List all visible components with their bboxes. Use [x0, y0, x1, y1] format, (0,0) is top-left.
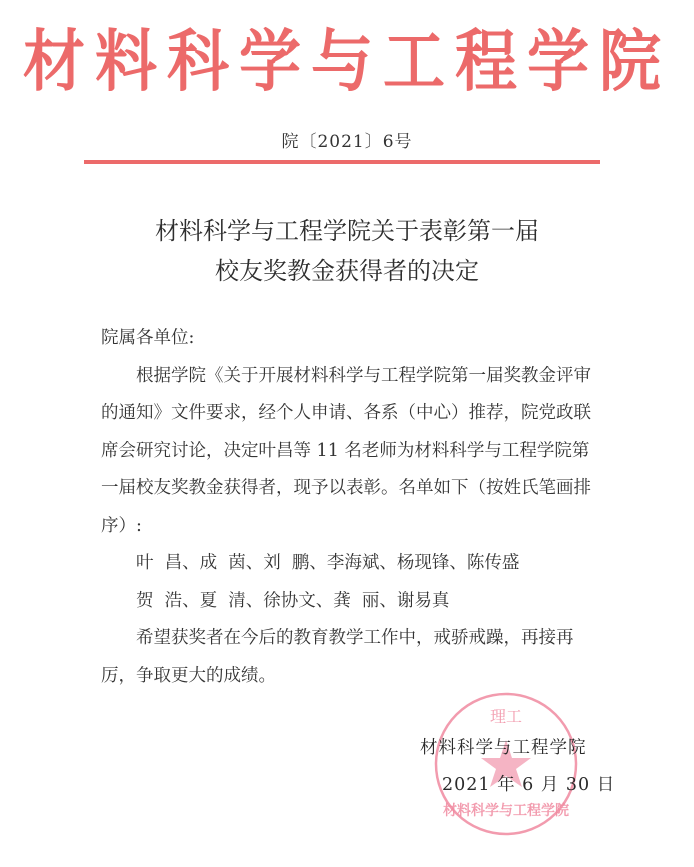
awardee-names-line-1: 叶 昌、成 茵、刘 鹏、李海斌、杨现锋、陈传盛 — [101, 545, 601, 583]
seal-top-text: 理工 — [490, 707, 522, 726]
issuer-signature: 材料科学与工程学院 — [420, 734, 587, 759]
salutation: 院属各单位: — [101, 320, 601, 358]
awardee-names-line-2: 贺 浩、夏 清、徐协文、龚 丽、谢易真 — [101, 583, 601, 621]
issue-date: 2021 年 6 月 30 日 — [442, 771, 615, 796]
seal-bottom-text: 材料科学与工程学院 — [443, 802, 569, 819]
paragraph-encouragement: 希望获奖者在今后的教育教学工作中，戒骄戒躁，再接再厉，争取更大的成绩。 — [101, 620, 601, 695]
official-seal-icon: 理工 材料科学与工程学院 — [432, 690, 580, 838]
red-divider — [84, 160, 600, 164]
document-body: 院属各单位: 根据学院《关于开展材料科学与工程学院第一届奖教金评审的通知》文件要… — [101, 320, 601, 695]
title-line-2: 校友奖教金获得者的决定 — [0, 251, 694, 291]
institution-masthead: 材料科学与工程学院 — [0, 19, 694, 105]
paragraph-decision: 根据学院《关于开展材料科学与工程学院第一届奖教金评审的通知》文件要求，经个人申请… — [101, 358, 601, 546]
document-number: 院〔2021〕6号 — [0, 127, 694, 152]
title-line-1: 材料科学与工程学院关于表彰第一届 — [0, 211, 694, 251]
document-title: 材料科学与工程学院关于表彰第一届 校友奖教金获得者的决定 — [0, 211, 694, 291]
